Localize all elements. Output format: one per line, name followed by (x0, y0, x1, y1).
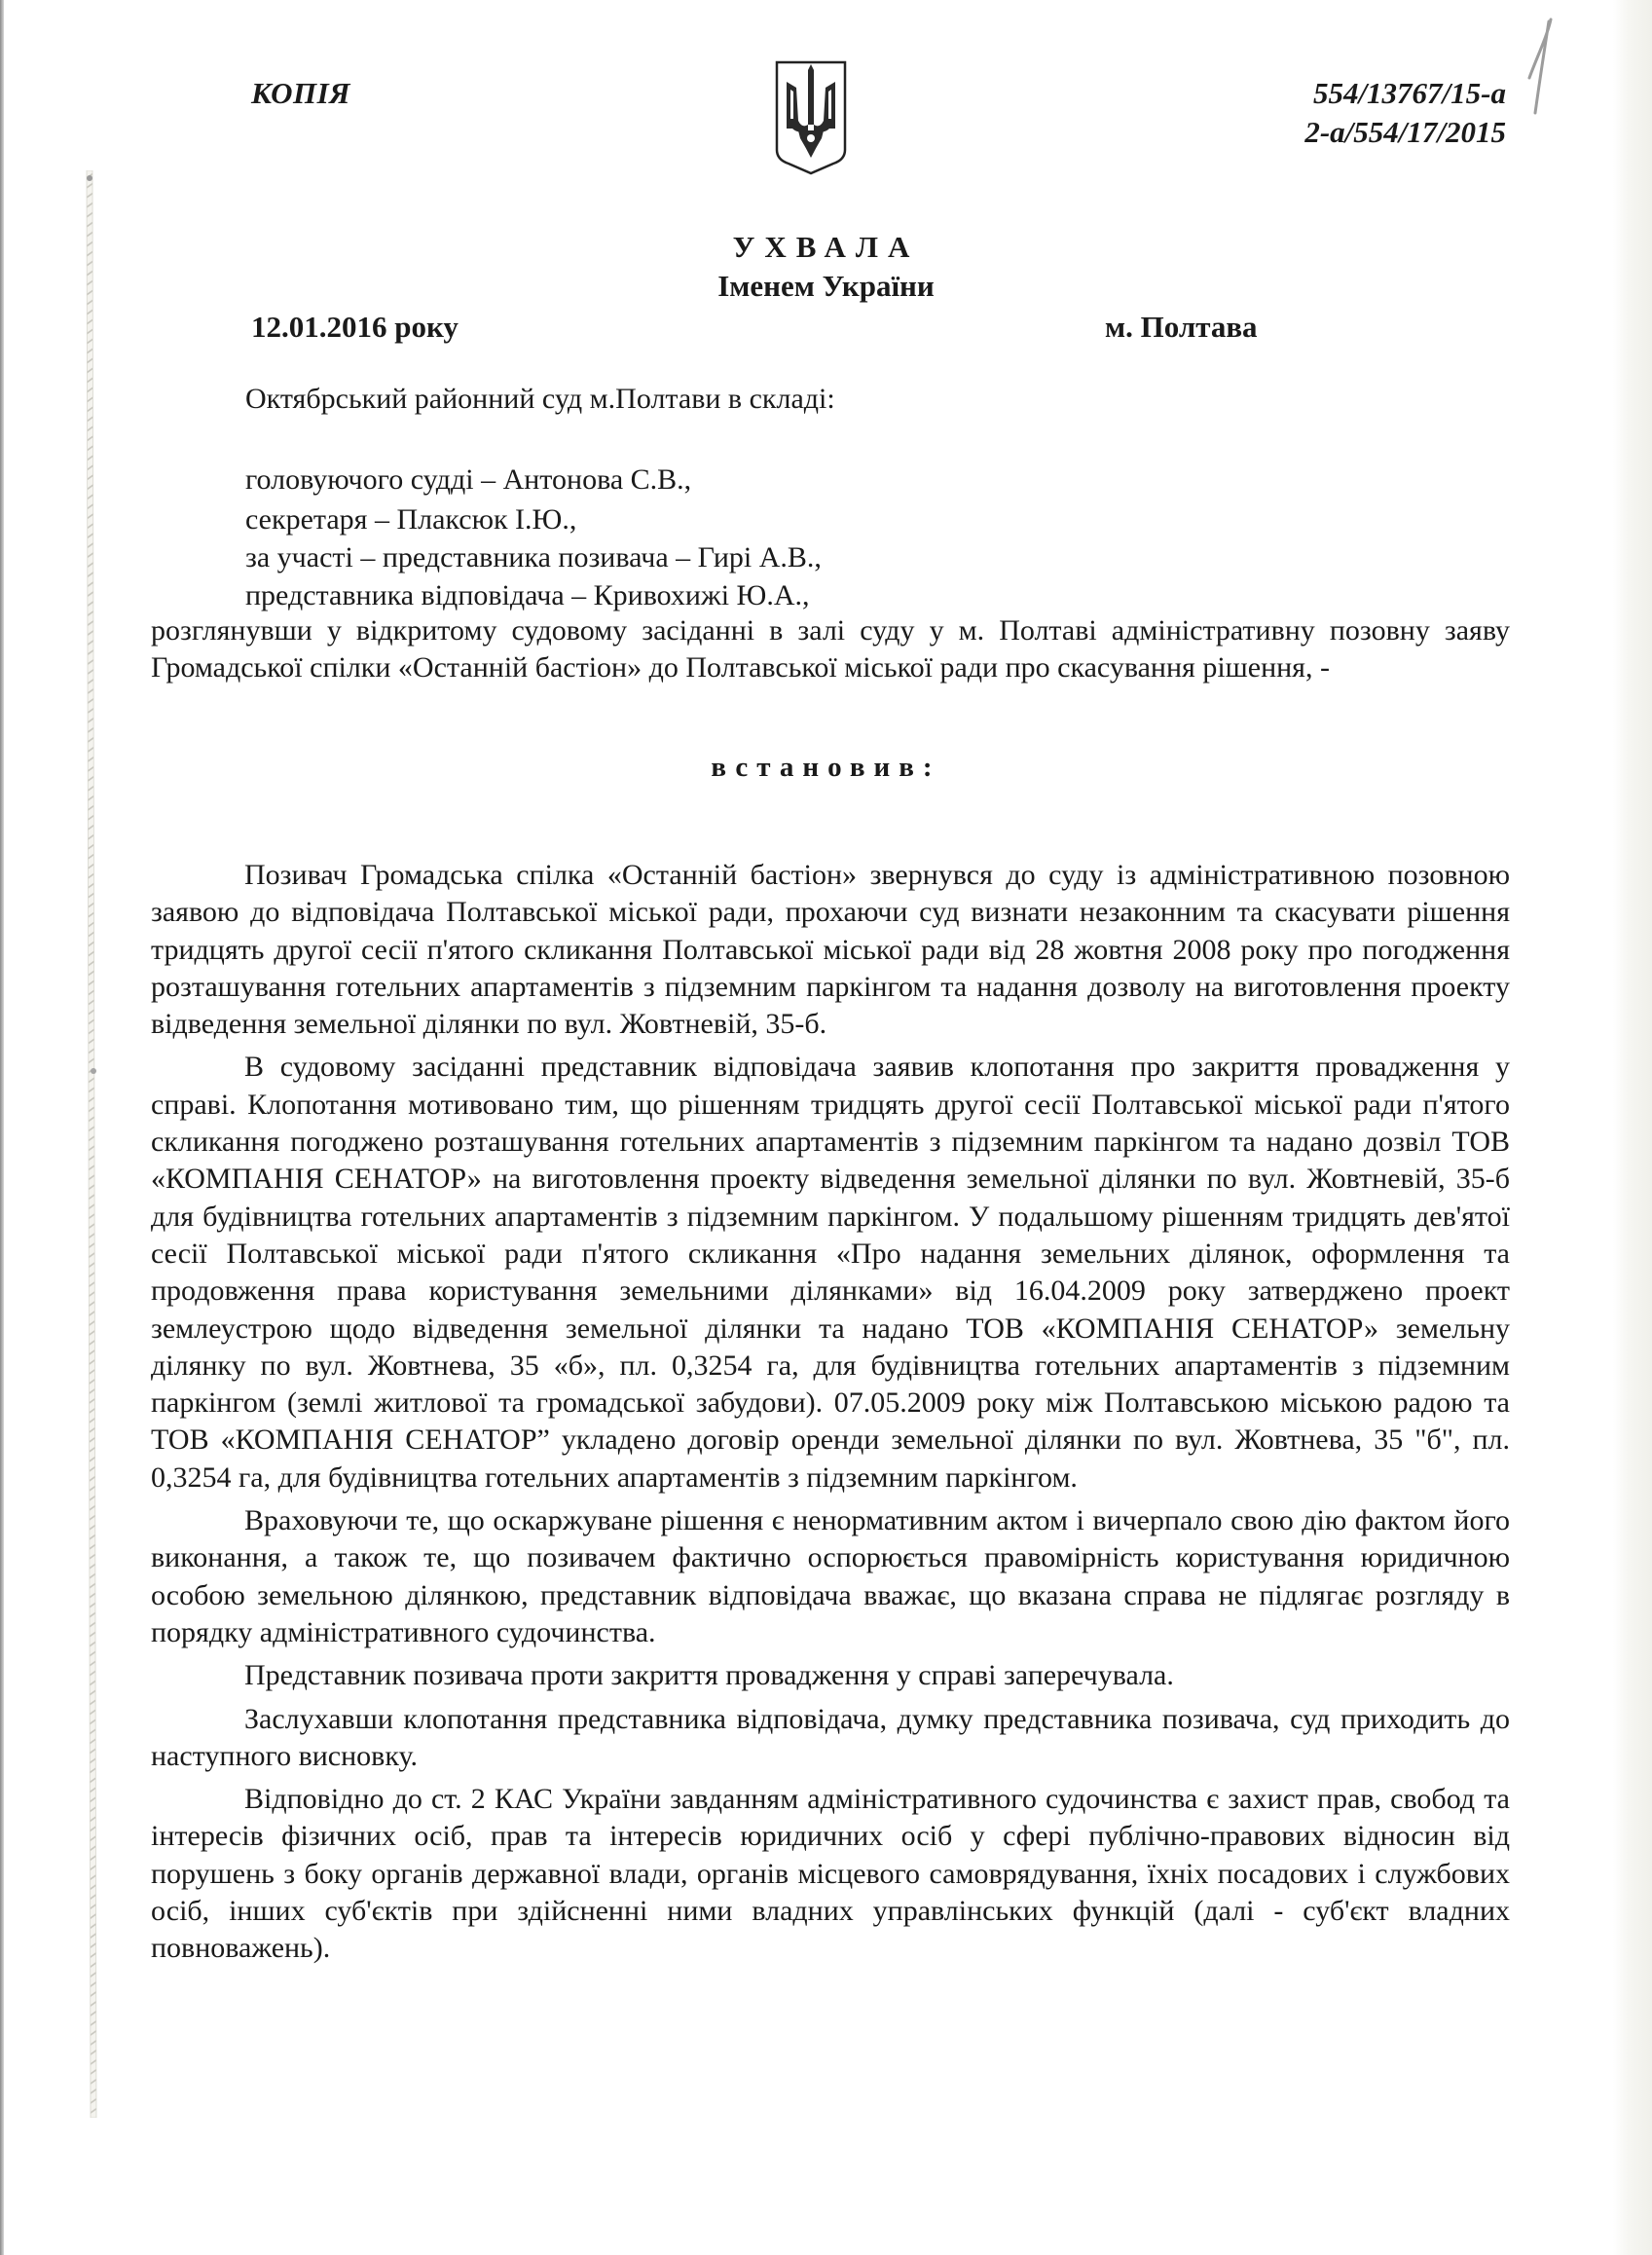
page-scan-edge-right (1613, 0, 1652, 2255)
composition-presiding-judge: головуючого судді – Антонова С.В., (245, 461, 822, 499)
page-scan-edge-left (0, 0, 4, 2255)
case-numbers: 554/13767/15-а 2-а/554/17/2015 (1304, 74, 1506, 152)
main-text: Позивач Громадська спілка «Останній баст… (151, 857, 1510, 1968)
court-composition-heading: Октябрський районний суд м.Полтави в скл… (245, 383, 835, 416)
intro-paragraph: розглянувши у відкритому судовому засіда… (151, 612, 1510, 687)
paragraph-claim: Позивач Громадська спілка «Останній баст… (151, 857, 1510, 1043)
paragraph-court-hearing: Заслухавши клопотання представника відпо… (151, 1701, 1510, 1776)
composition-plaintiff-representative: за участі – представника позивача – Гирі… (245, 538, 822, 576)
pencil-page-number-mark-icon (1522, 18, 1560, 115)
case-number-secondary: 2-а/554/17/2015 (1304, 113, 1506, 152)
copy-mark: КОПІЯ (251, 76, 350, 111)
document-city: м. Полтава (1105, 310, 1258, 345)
established-heading: встановив: (0, 752, 1652, 784)
court-composition-list: головуючого судді – Антонова С.В., секре… (245, 461, 822, 614)
composition-defendant-representative: представника відповідача – Кривохижі Ю.А… (245, 576, 822, 614)
document-title: УХВАЛА (0, 230, 1652, 265)
coat-of-arms-of-ukraine-icon (775, 60, 847, 175)
document-subtitle: Іменем України (0, 269, 1652, 304)
paragraph-plaintiff-objection: Представник позивача проти закриття пров… (151, 1657, 1510, 1694)
case-number-primary: 554/13767/15-а (1304, 74, 1506, 113)
paragraph-defendant-position: Враховуючи те, що оскаржуване рішення є … (151, 1502, 1510, 1651)
binding-thread-icon (84, 170, 97, 2118)
document-date: 12.01.2016 року (251, 310, 459, 345)
paragraph-motion: В судовому засіданні представник відпові… (151, 1049, 1510, 1497)
composition-secretary: секретаря – Плаксюк І.Ю., (245, 500, 822, 538)
intro-text: розглянувши у відкритому судовому засіда… (151, 612, 1510, 687)
paragraph-legal-basis: Відповідно до ст. 2 КАС України завдання… (151, 1781, 1510, 1967)
